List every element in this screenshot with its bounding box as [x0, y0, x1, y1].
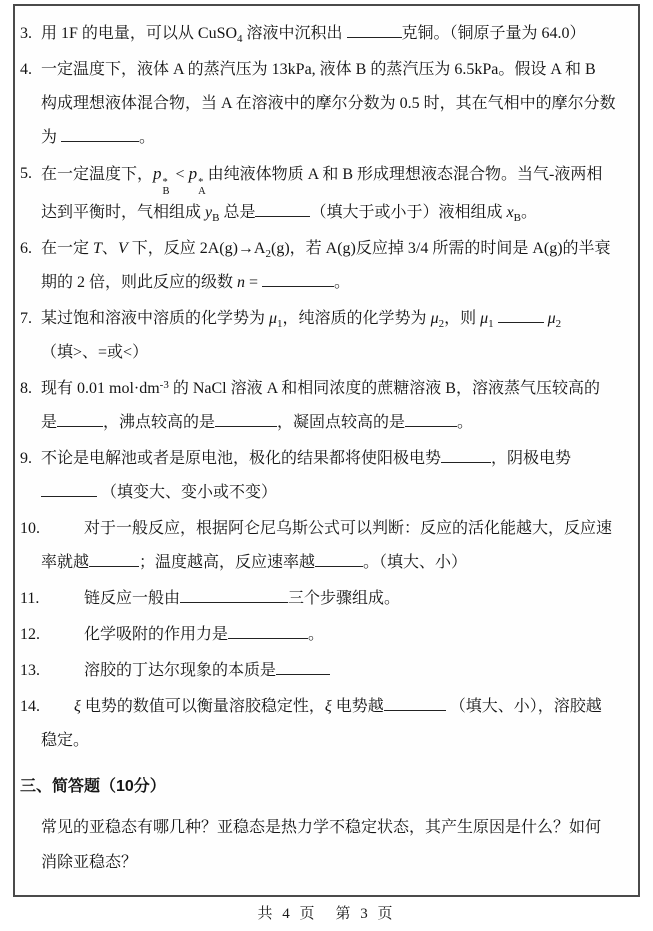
question-item: 5.在一定温度下，p*B < p*A由纯液体物质 A 和 B 形成理想液态混合物…: [20, 157, 630, 230]
question-number: 12.: [20, 618, 40, 652]
question-text: 对于一般反应，根据阿仑尼乌斯公式可以判断：反应的活化能越大，反应速率就越；温度越…: [41, 520, 612, 571]
question-item: 7.某过饱和溶液中溶质的化学势为 μ1，纯溶质的化学势为 μ2，则 μ1 μ2（…: [20, 302, 630, 370]
question-number: 8.: [20, 372, 32, 406]
question-item: 9.不论是电解池或者是原电池，极化的结果都将使阳极电势，阴极电势 （填变大、变小…: [20, 442, 630, 510]
question-item: 4.一定温度下，液体 A 的蒸汽压为 13kPa, 液体 B 的蒸汽压为 6.5…: [20, 53, 630, 155]
fill-in-blank: [262, 271, 334, 287]
question-item: 6.在一定 T、V 下，反应 2A(g)→A2(g)，若 A(g)反应掉 3/4…: [20, 232, 630, 300]
fill-in-blank: [215, 411, 277, 427]
question-list: 3.用 1F 的电量，可以从 CuSO4 溶液中沉积出 克铜。（铜原子量为 64…: [20, 17, 630, 758]
fill-in-blank: [405, 411, 457, 427]
question-text: 用 1F 的电量，可以从 CuSO4 溶液中沉积出 克铜。（铜原子量为 64.0…: [41, 25, 586, 42]
question-text: 不论是电解池或者是原电池，极化的结果都将使阳极电势，阴极电势 （填变大、变小或不…: [41, 450, 571, 501]
question-number: 13.: [20, 654, 40, 688]
question-number: 5.: [20, 157, 32, 191]
exam-page-content: 3.用 1F 的电量，可以从 CuSO4 溶液中沉积出 克铜。（铜原子量为 64…: [15, 6, 638, 895]
question-number: 7.: [20, 302, 32, 336]
fill-in-blank: [441, 447, 491, 463]
question-number: 14.: [20, 690, 40, 724]
question-text: 化学吸附的作用力是。: [41, 626, 324, 643]
question-item: 14.ξ 电势的数值可以衡量溶胶稳定性，ξ 电势越 （填大、小），溶胶越稳定。: [20, 690, 630, 758]
question-number: 9.: [20, 442, 32, 476]
question-item: 11.链反应一般由三个步骤组成。: [20, 582, 630, 616]
question-text: ξ 电势的数值可以衡量溶胶稳定性，ξ 电势越 （填大、小），溶胶越稳定。: [41, 698, 602, 749]
question-text: 一定温度下，液体 A 的蒸汽压为 13kPa, 液体 B 的蒸汽压为 6.5kP…: [41, 61, 616, 146]
fill-in-blank: [41, 481, 97, 497]
fill-in-blank: [498, 307, 544, 323]
question-number: 4.: [20, 53, 32, 87]
section-body: 常见的亚稳态有哪几种？亚稳态是热力学不稳定状态，其产生原因是什么？如何消除亚稳态…: [20, 810, 630, 880]
question-number: 10.: [20, 512, 40, 546]
question-item: 12.化学吸附的作用力是。: [20, 618, 630, 652]
question-text: 在一定温度下，p*B < p*A由纯液体物质 A 和 B 形成理想液态混合物。当…: [41, 166, 602, 221]
page-footer: 共 4 页 第 3 页: [0, 902, 653, 923]
question-text: 在一定 T、V 下，反应 2A(g)→A2(g)，若 A(g)反应掉 3/4 所…: [41, 240, 611, 291]
fill-in-blank: [384, 695, 446, 711]
question-text: 某过饱和溶液中溶质的化学势为 μ1，纯溶质的化学势为 μ2，则 μ1 μ2（填>…: [41, 310, 561, 361]
question-text: 链反应一般由三个步骤组成。: [41, 590, 400, 607]
fill-in-blank: [347, 22, 402, 38]
fill-in-blank: [61, 126, 139, 142]
page-border: 3.用 1F 的电量，可以从 CuSO4 溶液中沉积出 克铜。（铜原子量为 64…: [13, 4, 640, 897]
fill-in-blank: [276, 659, 330, 675]
fill-in-blank: [180, 587, 288, 603]
fill-in-blank: [57, 411, 103, 427]
question-item: 8.现有 0.01 mol·dm-3 的 NaCl 溶液 A 和相同浓度的蔗糖溶…: [20, 372, 630, 440]
fill-in-blank: [89, 551, 139, 567]
fill-in-blank: [255, 201, 310, 217]
question-item: 3.用 1F 的电量，可以从 CuSO4 溶液中沉积出 克铜。（铜原子量为 64…: [20, 17, 630, 51]
fill-in-blank: [315, 551, 363, 567]
section-title: 三、简答题（10分）: [20, 770, 630, 804]
question-text: 溶胶的丁达尔现象的本质是: [41, 662, 330, 679]
question-number: 3.: [20, 17, 32, 51]
question-item: 13.溶胶的丁达尔现象的本质是: [20, 654, 630, 688]
fill-in-blank: [228, 623, 308, 639]
question-text: 现有 0.01 mol·dm-3 的 NaCl 溶液 A 和相同浓度的蔗糖溶液 …: [41, 380, 600, 431]
question-number: 6.: [20, 232, 32, 266]
question-number: 11.: [20, 582, 39, 616]
question-item: 10.对于一般反应，根据阿仑尼乌斯公式可以判断：反应的活化能越大，反应速率就越；…: [20, 512, 630, 580]
